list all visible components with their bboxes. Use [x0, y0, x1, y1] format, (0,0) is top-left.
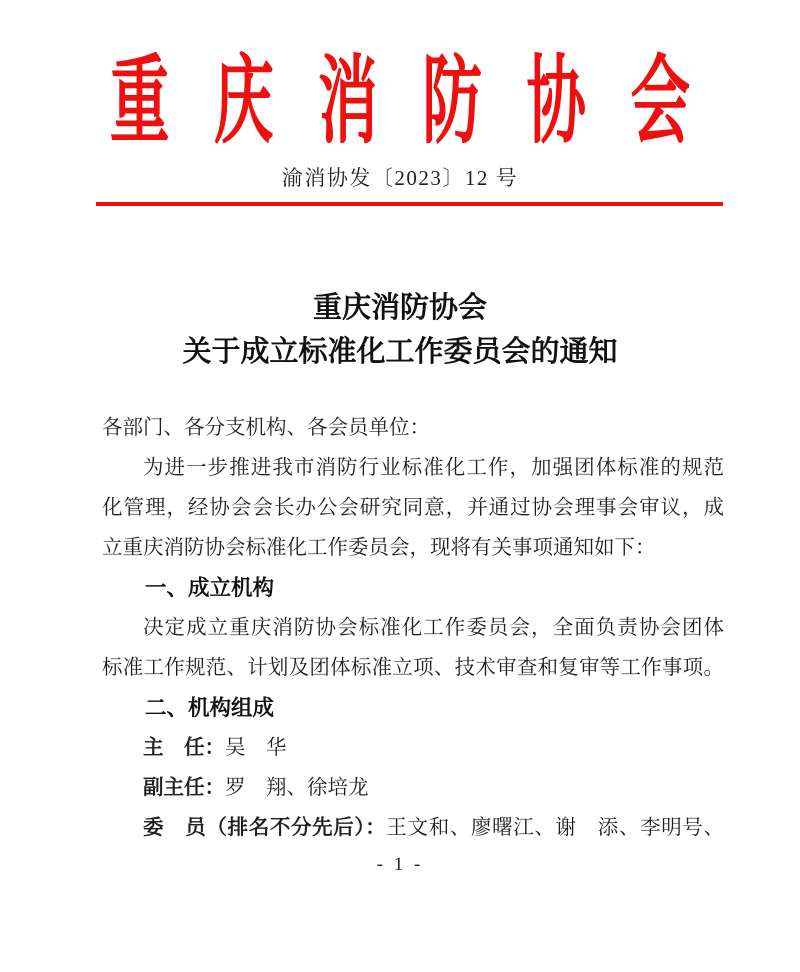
role-members-label: 委 员（排名不分先后）：	[143, 817, 386, 839]
doc-title-line1: 重庆消防协会	[0, 286, 800, 330]
para1-line3: 立重庆消防协会标准化工作委员会，现将有关事项通知如下：	[102, 528, 724, 568]
role-deputy-names: 罗 翔、徐培龙	[225, 777, 369, 799]
section1-heading: 一、成立机构	[102, 568, 724, 608]
salutation: 各部门、各分支机构、各会员单位：	[102, 408, 724, 448]
role-director-names: 吴 华	[225, 737, 287, 759]
para1-line2: 化管理，经协会会长办公会研究同意，并通过协会理事会审议，成	[102, 488, 724, 528]
role-director: 主 任：吴 华	[102, 728, 724, 768]
role-members-names: 王文和、廖曙江、谢 添、李明号、	[386, 817, 724, 839]
letterhead-divider	[96, 202, 723, 206]
doc-body: 各部门、各分支机构、各会员单位： 为进一步推进我市消防行业标准化工作，加强团体标…	[0, 408, 800, 848]
role-deputy-label: 副主任：	[143, 777, 225, 799]
section2-heading: 二、机构组成	[102, 688, 724, 728]
doc-title: 重庆消防协会 关于成立标准化工作委员会的通知	[0, 286, 800, 374]
doc-title-line2: 关于成立标准化工作委员会的通知	[0, 330, 800, 374]
role-deputy: 副主任：罗 翔、徐培龙	[102, 768, 724, 808]
doc-number: 渝消协发〔2023〕12 号	[0, 165, 800, 191]
document-page: 重庆消防协会 渝消协发〔2023〕12 号 重庆消防协会 关于成立标准化工作委员…	[0, 0, 800, 972]
letterhead-banner: 重庆消防协会	[0, 52, 800, 153]
section1-para-line2: 标准工作规范、计划及团体标准立项、技术审查和复审等工作事项。	[102, 648, 724, 688]
page-number: - 1 -	[0, 854, 800, 876]
section1-para-line1: 决定成立重庆消防协会标准化工作委员会，全面负责协会团体	[102, 608, 724, 648]
org-name: 重庆消防协会	[65, 52, 735, 153]
letterhead: 重庆消防协会 渝消协发〔2023〕12 号	[0, 52, 800, 206]
role-director-label: 主 任：	[143, 737, 225, 759]
para1-line1: 为进一步推进我市消防行业标准化工作，加强团体标准的规范	[102, 448, 724, 488]
role-members: 委 员（排名不分先后）：王文和、廖曙江、谢 添、李明号、	[102, 808, 724, 848]
